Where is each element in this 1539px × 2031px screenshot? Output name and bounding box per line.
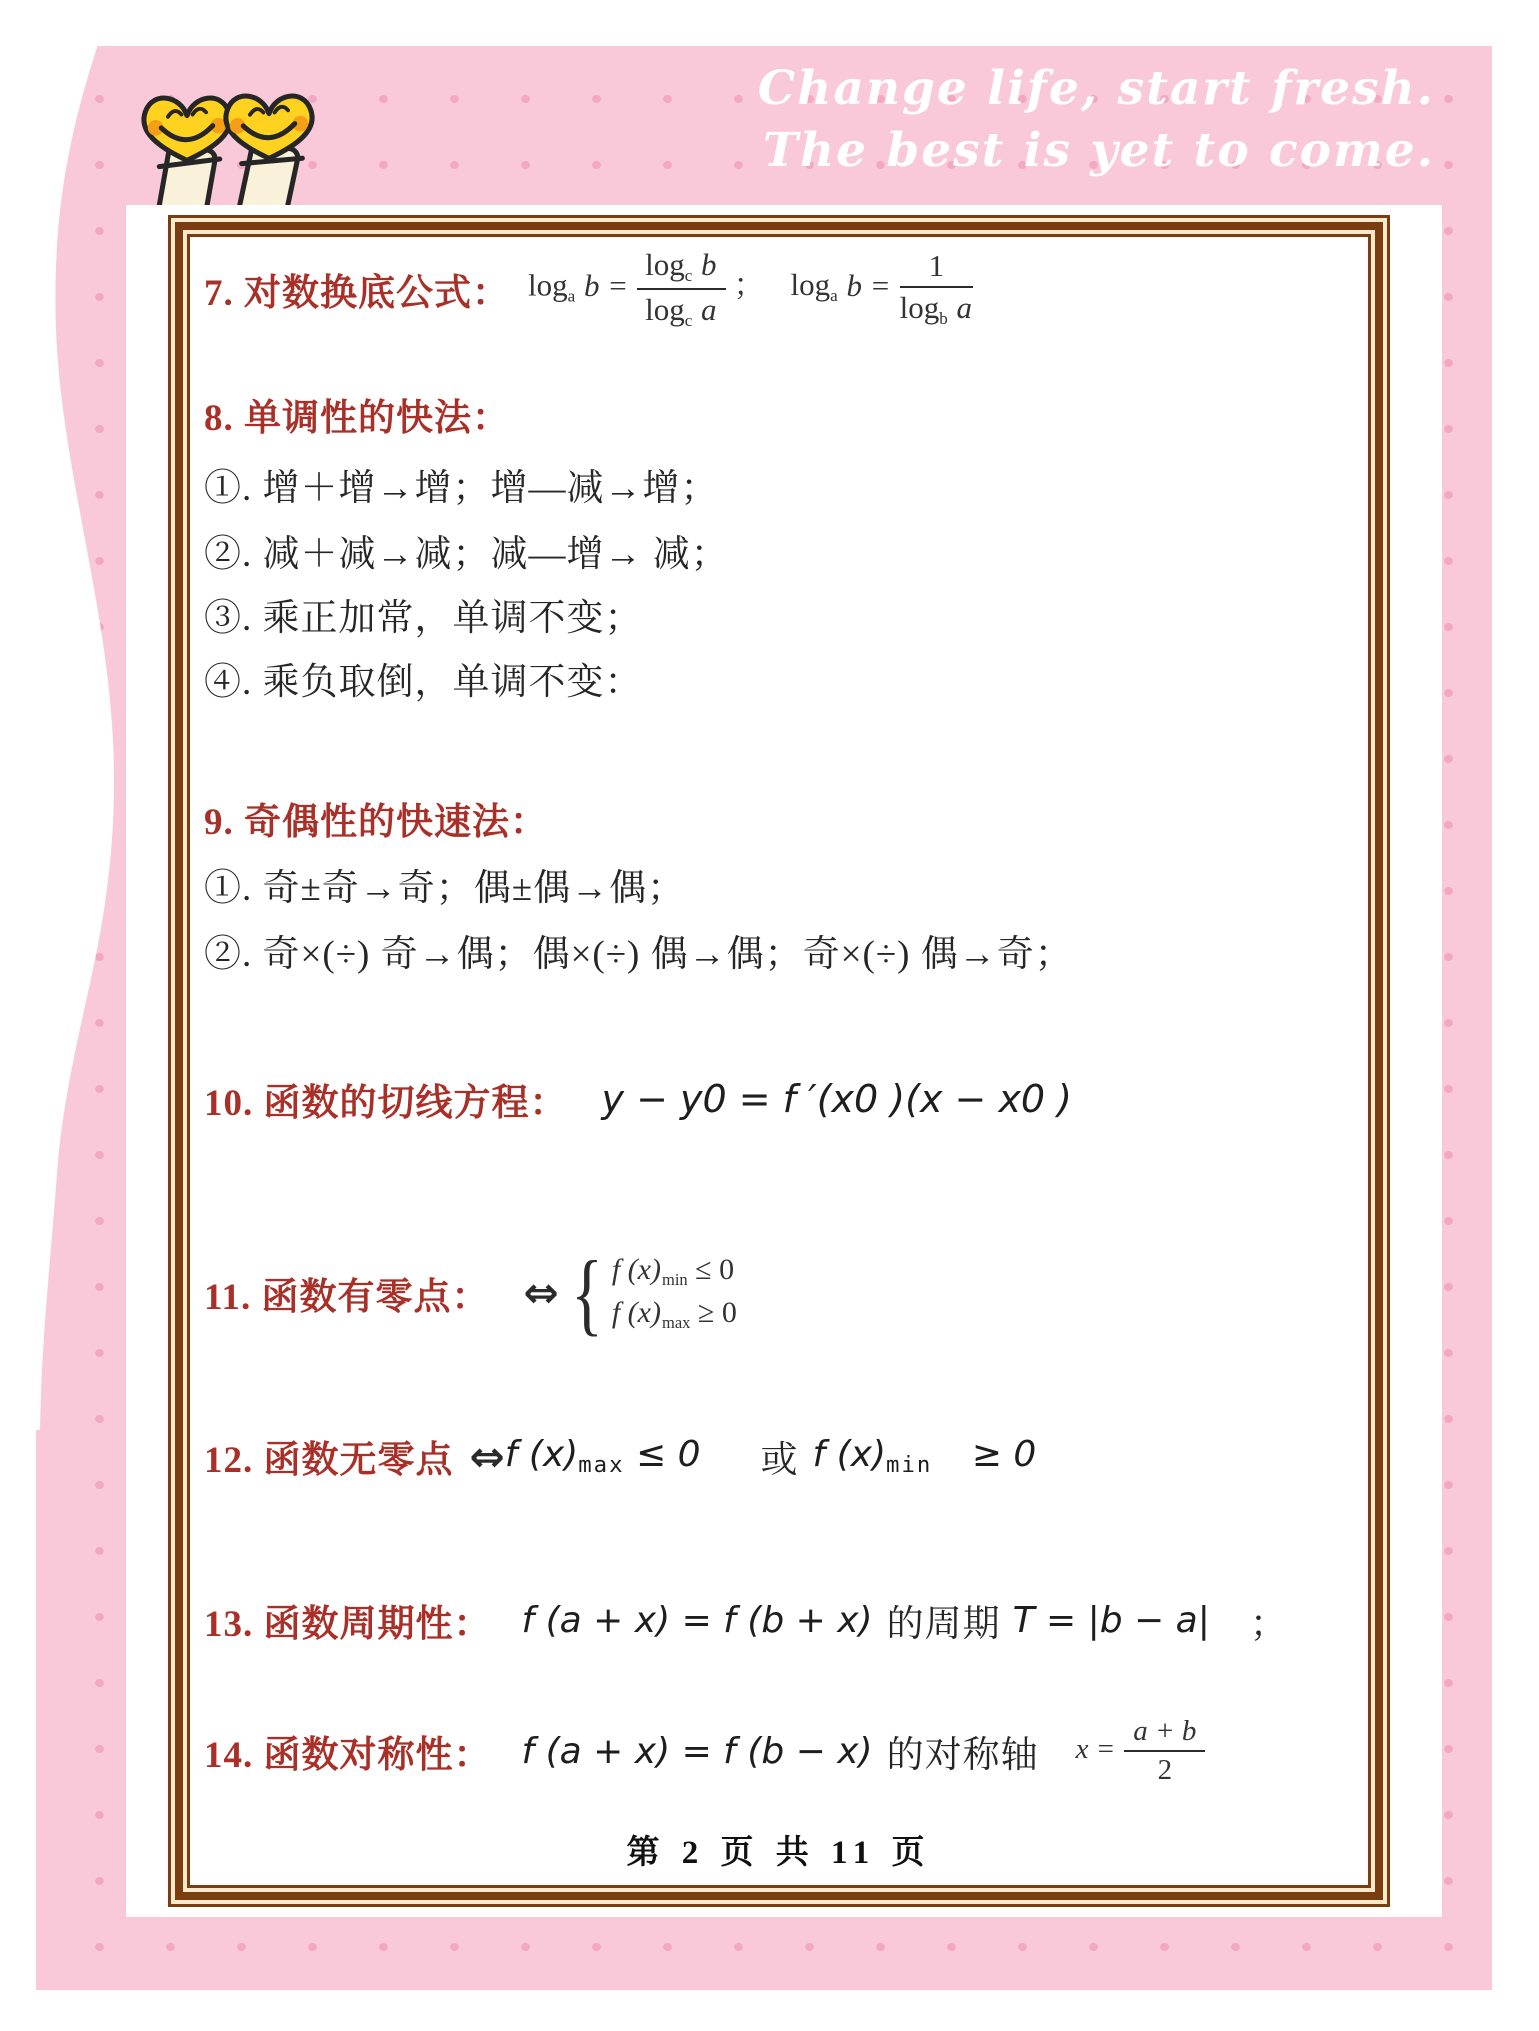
formula-no-zero-max: f (x)max ≤ 0 bbox=[505, 1434, 701, 1478]
motto-line-2: The best is yet to come. bbox=[758, 120, 1435, 182]
formula-periodicity: f (a + x) = f (b + x) bbox=[522, 1600, 873, 1641]
section-13-heading: 13. 函数周期性： bbox=[204, 1593, 492, 1647]
axis-text: 的对称轴 bbox=[887, 1724, 1039, 1778]
section-11: 11. 函数有零点： ⇔ { f (x)min ≤ 0 f (x)max ≥ 0 bbox=[204, 1253, 737, 1333]
section-8: 8. 单调性的快法： bbox=[204, 387, 510, 441]
list-item: ①. 奇±奇→奇；偶±偶→偶； bbox=[204, 857, 685, 911]
section-7-heading: 7. 对数换底公式： bbox=[204, 262, 510, 316]
formula-log-change-base-2: loga b =1logb a bbox=[791, 248, 982, 328]
section-14: 14. 函数对称性： f (a + x) = f (b − x) 的对称轴 x … bbox=[204, 1715, 1213, 1788]
system-brace: { bbox=[571, 1254, 603, 1332]
page-number: 第 2 页 共 11 页 bbox=[190, 1826, 1368, 1873]
section-8-heading: 8. 单调性的快法： bbox=[204, 387, 510, 441]
section-9: 9. 奇偶性的快速法： bbox=[204, 791, 548, 845]
or-text: 或 bbox=[761, 1429, 799, 1483]
content-panel: 7. 对数换底公式： loga b =logc blogc a； loga b … bbox=[126, 205, 1442, 1917]
section-11-heading: 11. 函数有零点： bbox=[204, 1266, 489, 1320]
formula-period-value: T = |b − a| bbox=[1013, 1600, 1210, 1641]
motto-line-1: Change life, start fresh. bbox=[758, 58, 1435, 120]
section-12: 12. 函数无零点 ⇔ f (x)max ≤ 0 或 f (x)min ≥ 0 bbox=[204, 1429, 1036, 1483]
section-13: 13. 函数周期性： f (a + x) = f (b + x) 的周期 T =… bbox=[204, 1593, 1288, 1647]
formula-symmetry-axis: x =a + b2 bbox=[1075, 1715, 1214, 1788]
section-14-heading: 14. 函数对称性： bbox=[204, 1724, 492, 1778]
page-background: Change life, start fresh. The best is ye… bbox=[0, 0, 1539, 2031]
formula-symmetry: f (a + x) = f (b − x) bbox=[522, 1731, 873, 1772]
semicolon-text: ； bbox=[1250, 1593, 1288, 1647]
list-item: ②. 减＋减→减；减—增→ 减； bbox=[204, 523, 729, 577]
formula-no-zero-min: f (x)min ≥ 0 bbox=[813, 1434, 1037, 1478]
motto: Change life, start fresh. The best is ye… bbox=[758, 58, 1435, 182]
iff-arrow: ⇔ bbox=[523, 1268, 558, 1317]
list-item: ①. 增＋增→增；增—减→增； bbox=[204, 457, 719, 511]
formula-log-change-base-1: loga b =logc blogc a； bbox=[528, 247, 765, 330]
section-10-heading: 10. 函数的切线方程： bbox=[204, 1072, 568, 1126]
list-item: ④. 乘负取倒，单调不变： bbox=[204, 651, 643, 705]
list-item: ③. 乘正加常，单调不变； bbox=[204, 587, 643, 641]
formula-tangent-line: y − y0 = f ′(x0 )(x − x0 ) bbox=[602, 1077, 1073, 1121]
section-9-heading: 9. 奇偶性的快速法： bbox=[204, 791, 548, 845]
formula-has-zero-system: f (x)min ≤ 0 f (x)max ≥ 0 bbox=[611, 1253, 737, 1333]
period-text: 的周期 bbox=[887, 1593, 1001, 1647]
section-12-heading: 12. 函数无零点 bbox=[204, 1429, 454, 1483]
list-item: ②. 奇×(÷) 奇→偶；偶×(÷) 偶→偶；奇×(÷) 偶→奇； bbox=[204, 923, 1073, 977]
content-frame: 7. 对数换底公式： loga b =logc blogc a； loga b … bbox=[168, 215, 1390, 1907]
section-7: 7. 对数换底公式： loga b =logc blogc a； loga b … bbox=[204, 247, 981, 330]
iff-arrow: ⇔ bbox=[470, 1432, 505, 1481]
section-10: 10. 函数的切线方程： y − y0 = f ′(x0 )(x − x0 ) bbox=[204, 1072, 1072, 1126]
